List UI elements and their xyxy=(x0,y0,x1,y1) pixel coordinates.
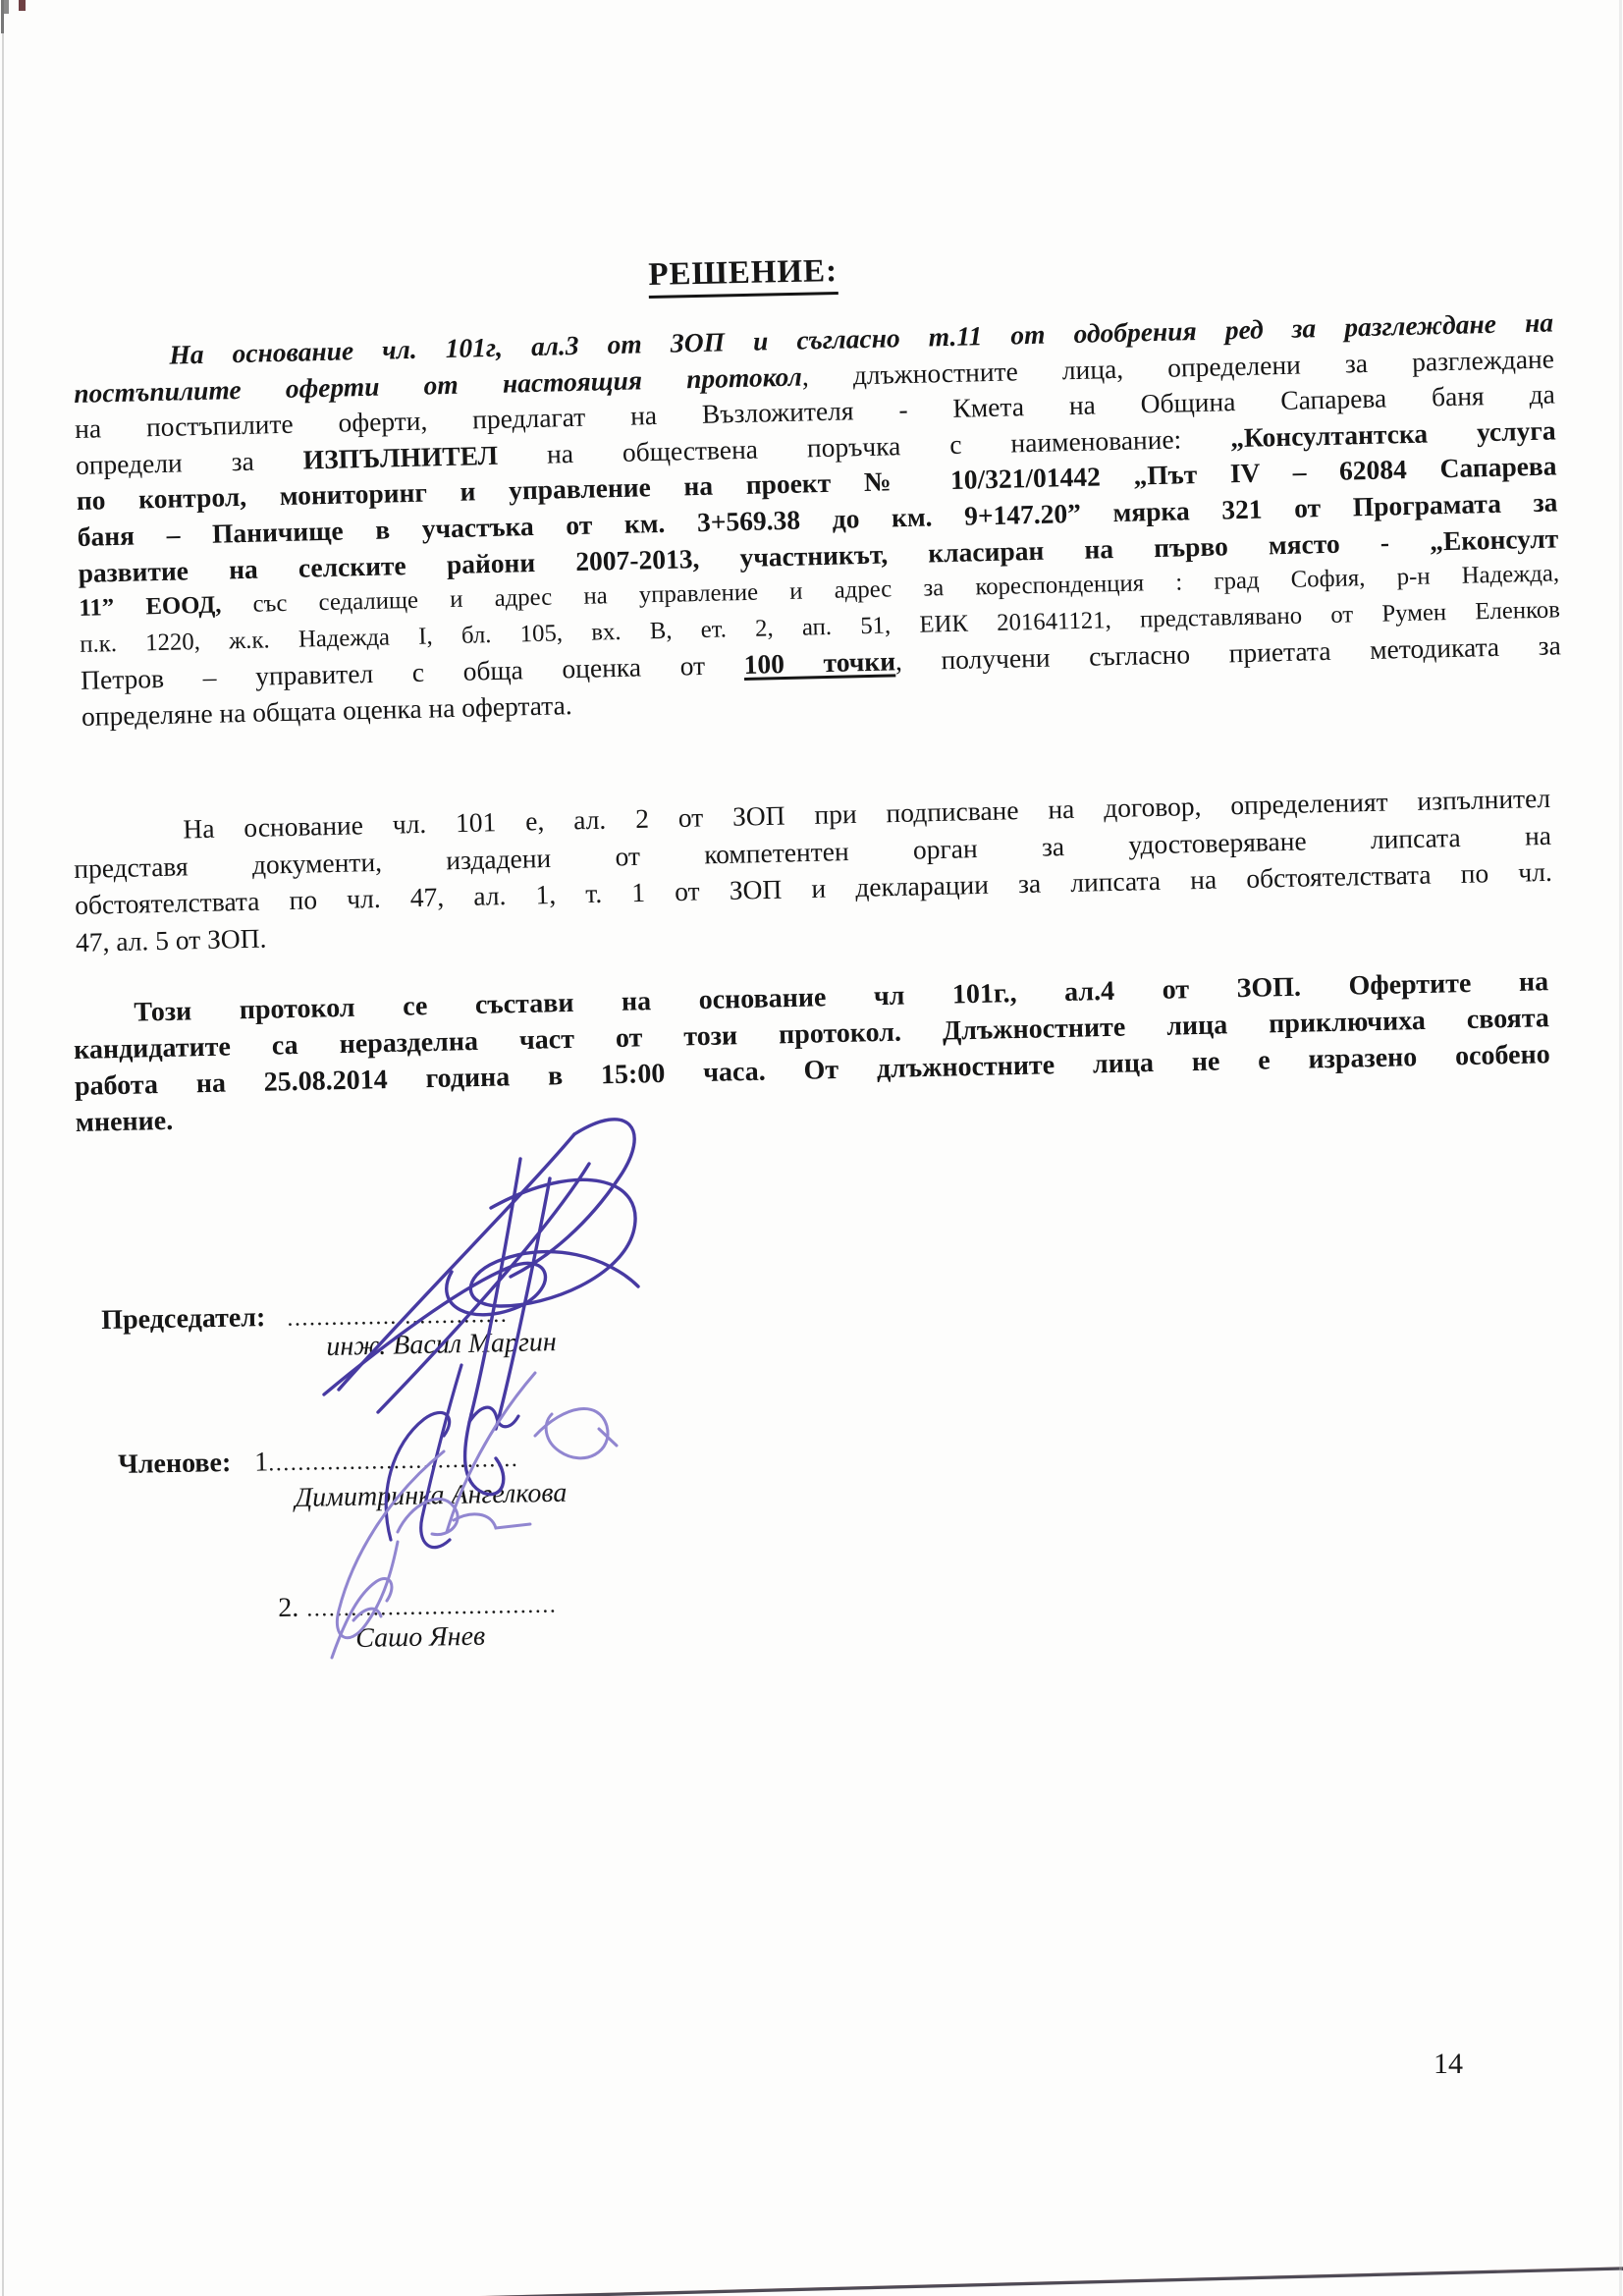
member2-name: Сашо Янев xyxy=(355,1621,485,1655)
member2-signature-row: 2. .................................. xyxy=(278,1589,557,1624)
document-title: РЕШЕНИЕ: xyxy=(648,253,839,299)
member1-number: 1 xyxy=(254,1447,269,1478)
text-segment: 11” ЕООД, xyxy=(79,592,222,622)
scan-bottom-edge-line xyxy=(0,2255,1623,2296)
member1-name: Димитринка Ангелкова xyxy=(295,1478,568,1514)
documents-paragraph: На основание чл. 101 е, ал. 2 от ЗОП при… xyxy=(73,780,1553,960)
members-label: Членове: xyxy=(118,1448,232,1481)
scan-corner-artifact xyxy=(4,0,9,14)
scan-left-edge-line xyxy=(2,0,4,2296)
document-title-text: РЕШЕНИЕ: xyxy=(648,253,839,299)
text-segment: определи за xyxy=(76,444,303,479)
protocol-closing-paragraph: Този протокол се състави на основание чл… xyxy=(73,963,1551,1141)
decision-paragraph: На основание чл. 101г, ал.3 от ЗОП и съг… xyxy=(73,304,1562,735)
scanned-document-page: РЕШЕНИЕ: На основание чл. 101г, ал.3 от … xyxy=(0,0,1623,2296)
text-segment: мнение. xyxy=(75,1106,173,1138)
text-segment: „Консултантска услуга xyxy=(1230,414,1556,453)
member1-dotted-line: .................................. xyxy=(268,1447,518,1477)
text-segment: ИЗПЪЛНИТЕЛ xyxy=(302,440,498,475)
text-segment: 47, ал. 5 от ЗОП. xyxy=(76,922,267,957)
scan-right-edge-line xyxy=(1619,0,1622,2296)
chairman-label: Председател: xyxy=(101,1302,266,1337)
text-segment: 100 точки xyxy=(743,646,895,681)
member2-number: 2. xyxy=(278,1593,299,1624)
members-signature-row: Членове: 1 .............................… xyxy=(118,1443,518,1481)
chairman-name: инж. Васил Маргин xyxy=(326,1327,557,1363)
scan-corner-artifact xyxy=(19,0,26,11)
page-number: 14 xyxy=(1434,2048,1463,2081)
member2-dotted-line: .................................. xyxy=(306,1593,557,1623)
